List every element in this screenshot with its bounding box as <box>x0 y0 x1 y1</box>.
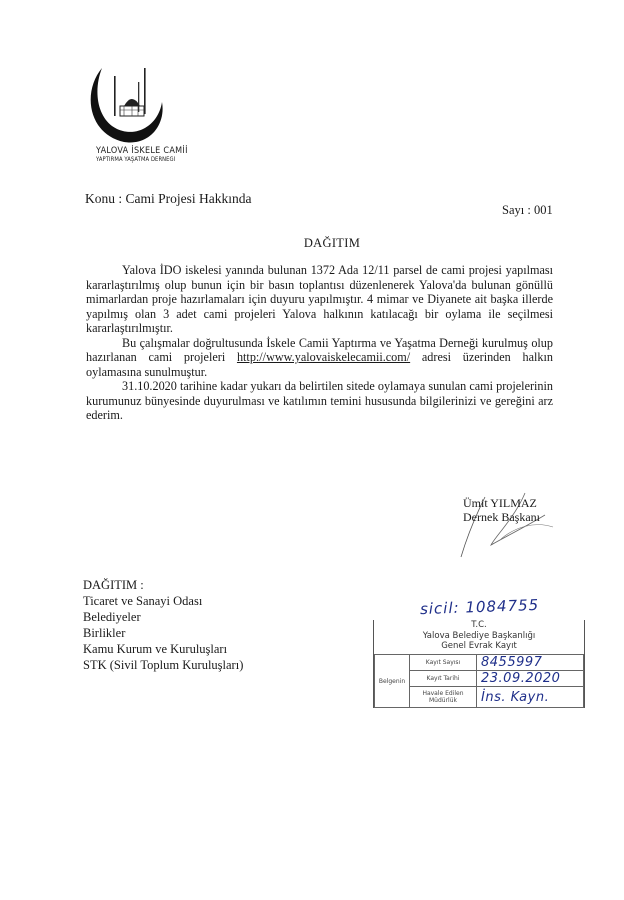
signature-block: Ümit YILMAZ Dernek Başkanı <box>463 496 540 524</box>
signer-role: Dernek Başkanı <box>463 510 540 524</box>
document-title: DAĞITIM <box>0 236 624 251</box>
document-number: Sayı : 001 <box>502 203 553 218</box>
recipient: Ticaret ve Sanayi Odası <box>83 593 243 609</box>
recipient: Birlikler <box>83 625 243 641</box>
stamp-group-label: Belgenin <box>375 655 410 708</box>
paragraph-2: Bu çalışmalar doğrultusunda İskele Camii… <box>86 336 553 380</box>
sicil-handwriting: sicil: 1084755 <box>420 596 540 618</box>
stamp-header: T.C. Yalova Belediye Başkanlığı Genel Ev… <box>374 620 584 652</box>
stamp-value: 23.09.2020 <box>477 671 584 687</box>
registry-stamp: sicil: 1084755 T.C. Yalova Belediye Başk… <box>368 600 590 712</box>
letter-body: Yalova İDO iskelesi yanında bulunan 1372… <box>86 263 553 423</box>
org-name: YALOVA İSKELE CAMİİ <box>96 146 188 156</box>
distribution-heading: DAĞITIM : <box>83 577 243 593</box>
stamp-table: Belgenin Kayıt Sayısı 8455997 Kayıt Tari… <box>374 654 584 708</box>
stamp-box: T.C. Yalova Belediye Başkanlığı Genel Ev… <box>373 620 585 708</box>
stamp-value: İns. Kayn. <box>477 687 584 708</box>
signer-name: Ümit YILMAZ <box>463 496 540 510</box>
subject-line: Konu : Cami Projesi Hakkında <box>85 191 251 207</box>
distribution-list: DAĞITIM : Ticaret ve Sanayi Odası Beledi… <box>83 577 243 673</box>
crescent-mosque-icon <box>80 62 170 152</box>
website-link[interactable]: http://www.yalovaiskelecamii.com/ <box>237 350 410 364</box>
stamp-row: Belgenin Kayıt Sayısı 8455997 <box>375 655 584 671</box>
recipient: STK (Sivil Toplum Kuruluşları) <box>83 657 243 673</box>
paragraph-3: 31.10.2020 tarihine kadar yukarı da beli… <box>86 379 553 423</box>
org-subtitle: YAPTIRMA YAŞATMA DERNEĞİ <box>96 157 175 163</box>
paragraph-1: Yalova İDO iskelesi yanında bulunan 1372… <box>86 263 553 336</box>
stamp-label: Kayıt Sayısı <box>410 655 477 671</box>
stamp-value: 8455997 <box>477 655 584 671</box>
stamp-label: Havale Edilen Müdürlük <box>410 687 477 708</box>
recipient: Kamu Kurum ve Kuruluşları <box>83 641 243 657</box>
stamp-label: Kayıt Tarihi <box>410 671 477 687</box>
recipient: Belediyeler <box>83 609 243 625</box>
